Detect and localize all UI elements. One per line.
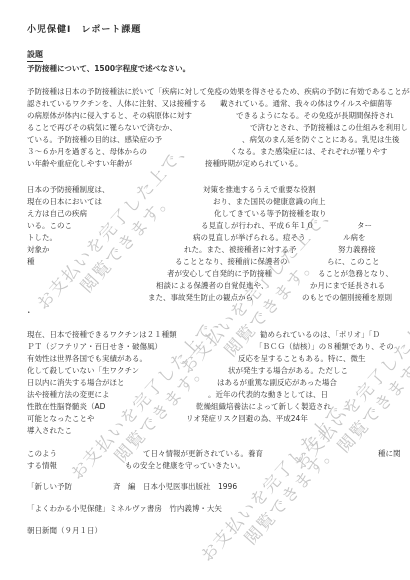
text-segment: おり、また国民の健康意識の向上 xyxy=(213,198,326,206)
text-segment: ター xyxy=(357,222,372,230)
text-segment: らに、このこと xyxy=(327,258,380,266)
text-segment: ることが急務となり、 xyxy=(318,270,393,278)
text-segment: 性散在性脳脊髄炎（AD xyxy=(27,403,105,411)
text-segment: 現在の日本においては xyxy=(27,198,102,206)
question-heading: 設題 xyxy=(27,49,43,62)
text-segment: もの安全と健康を守っていきたい。 xyxy=(125,462,245,470)
document-page: お支払いを完了した上で、閲覧できます。お支払いを完了した上で、閲覧できます。お支… xyxy=(0,0,410,580)
text-segment: 斉 編 日本小児医事出版社 1996 xyxy=(113,483,237,491)
text-segment: る見直しが行われ、平成６年１０ xyxy=(201,222,314,230)
text-segment: ている。予防接種の目的は、感染症の予 xyxy=(27,136,162,144)
text-segment: 病の見直しが挙げられる。痘そう xyxy=(193,234,306,242)
text-segment: ル病を xyxy=(343,234,366,242)
text-segment: 認されているワクチンを、人体に注射、又は接種する xyxy=(27,100,207,108)
text-segment: できるようになる。その免疫が長期間保持され xyxy=(236,112,394,120)
text-segment: 有効性は世界各国でも実績がある。 xyxy=(27,355,147,363)
text-segment: 化して殺していない「生ワクチン xyxy=(27,367,139,375)
text-segment: 種 xyxy=(27,258,35,266)
text-segment: か月にまで延長される xyxy=(310,282,385,290)
text-segment: くなる。また感染症には、それぞれが罹りやす xyxy=(230,148,388,156)
text-segment: え方は自己の疾病 xyxy=(27,210,87,218)
text-segment: ・ xyxy=(25,309,33,317)
text-segment: 現在、日本で接種できるワクチンは２１種類 xyxy=(27,331,177,339)
question-text: 予防接種について、1500字程度で述べなさい。 xyxy=(27,63,190,74)
text-segment: 可能となったことや xyxy=(27,415,95,423)
text-segment: の病原体が体内に侵入すると、その病原体に対す xyxy=(27,112,192,120)
text-segment: ることで再びその病気に罹らないで済むか、 xyxy=(27,124,177,132)
text-segment: 法や接種方法の変更によ xyxy=(27,391,110,399)
text-segment: 予防接種は日本の予防接種法に於いて「疾病に対して免疫の効果を得させるため、疾病の… xyxy=(27,88,410,96)
text-segment: また、事故発生防止の観点から xyxy=(148,294,253,302)
text-segment: リオ発症リスク回避の為、平成24年 xyxy=(186,415,308,423)
text-segment: いる。このこ xyxy=(27,222,72,230)
text-segment: のもとでの個別接種を原則 xyxy=(302,294,392,302)
text-segment: 努力義務接 xyxy=(338,246,376,254)
text-segment: ３～６か月を過ぎると、母体からの xyxy=(27,148,147,156)
text-segment: 「よくわかる小児保健」ミネルヴァ書房 竹内義博・大矢 xyxy=(27,505,222,513)
text-segment: 化してきている等予防接種を取り xyxy=(214,210,327,218)
text-segment: 反応を呈することもある。特に、微生 xyxy=(238,355,366,363)
text-segment: ることとなり、接種前に保護者の xyxy=(175,258,288,266)
text-segment: 載されている。通常、我々の体はウイルスや細菌等 xyxy=(220,100,392,108)
text-segment: 「ＢＣＧ（結核）」の８種類であり、その xyxy=(255,343,394,351)
text-segment: い年齢や重症化しやすい年齢が xyxy=(27,160,132,168)
text-segment: 。近年の代表的な動きとしては、日 xyxy=(208,391,328,399)
text-segment: 朝日新聞（９月１日） xyxy=(27,527,102,535)
text-segment: ＰＴ（ジフテリア・百日せき・破傷風） xyxy=(27,343,162,351)
text-segment: 日以内に消失する場合がほと xyxy=(27,379,125,387)
text-segment: このよう xyxy=(27,450,57,458)
text-segment: 「新しい予防 xyxy=(27,483,72,491)
text-segment: する情報 xyxy=(27,462,57,470)
text-segment: で済むとされ、予防接種はこの仕組みを利用し xyxy=(250,124,408,132)
text-segment: 対象か xyxy=(27,246,50,254)
text-segment: 日本の予防接種制度は、 xyxy=(27,186,110,194)
text-segment: 状が発生する場合がある。ただしこ xyxy=(228,367,348,375)
text-segment: 導入されたこ xyxy=(27,427,72,435)
text-segment: 者が安心して自発的に予防接種 xyxy=(167,270,272,278)
text-segment: 乾燥組織培養法によって新しく製造され xyxy=(196,403,331,411)
text-segment: 対策を推進するうえで重要な役割 xyxy=(203,186,316,194)
text-segment: れた。また、被接種者に対する予 xyxy=(184,246,297,254)
text-segment: 相談による保護者の自覚促進や、 xyxy=(156,282,268,290)
text-segment: トした。 xyxy=(27,234,57,242)
document-content: 小児保健Ⅰ レポート課題 設題 予防接種について、1500字程度で述べなさい。 … xyxy=(0,0,410,580)
text-segment: 種に関 xyxy=(378,450,401,458)
text-segment: 接種時期が定められている。 xyxy=(205,160,303,168)
document-title: 小児保健Ⅰ レポート課題 xyxy=(27,22,141,35)
text-segment: て日々情報が更新されている。養育 xyxy=(143,450,263,458)
text-segment: はあるが重篤な副反応があった場合 xyxy=(217,379,337,387)
text-segment: 、病気のまん延を防ぐことにある。乳児は生後 xyxy=(242,136,400,144)
text-segment: 勧められているのは、「ポリオ」「Ｄ xyxy=(260,331,380,339)
